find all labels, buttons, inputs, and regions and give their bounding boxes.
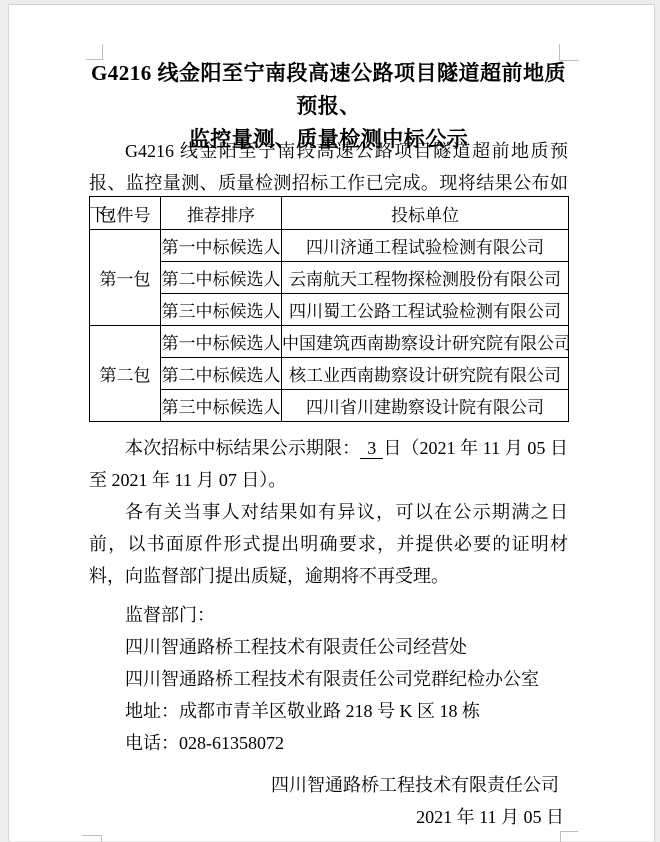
rank-cell: 第二中标候选人 — [161, 358, 282, 390]
supervision-section: 监督部门： 四川智通路桥工程技术有限责任公司经营处 四川智通路桥工程技术有限责任… — [89, 599, 568, 759]
rank-cell: 第一中标候选人 — [161, 326, 282, 358]
period-prefix: 本次招标中标结果公示期限： — [125, 438, 360, 458]
bidder-cell: 核工业西南勘察设计研究院有限公司 — [282, 358, 569, 390]
table-row: 第一包 第一中标候选人 四川济通工程试验检测有限公司 — [90, 230, 569, 262]
table-row: 第二中标候选人 核工业西南勘察设计研究院有限公司 — [90, 358, 569, 390]
bidder-cell: 四川省川建勘察设计院有限公司 — [282, 390, 569, 422]
rank-cell: 第三中标候选人 — [161, 390, 282, 422]
supervision-address: 地址：成都市青羊区敬业路 218 号 K 区 18 栋 — [89, 695, 568, 727]
supervision-label: 监督部门： — [89, 599, 568, 631]
document-page: G4216 线金阳至宁南段高速公路项目隧道超前地质预报、 监控量测、质量检测中标… — [8, 4, 655, 841]
objection-paragraph: 各有关当事人对结果如有异议，可以在公示期满之日前，以书面原件形式提出明确要求，并… — [89, 496, 568, 592]
package-2-cell: 第二包 — [90, 326, 161, 422]
period-days-underlined: 3 — [360, 438, 383, 459]
bidder-cell: 四川济通工程试验检测有限公司 — [282, 230, 569, 262]
table-row: 第二中标候选人 云南航天工程物探检测股份有限公司 — [90, 262, 569, 294]
document-content: G4216 线金阳至宁南段高速公路项目隧道超前地质预报、 监控量测、质量检测中标… — [89, 5, 568, 841]
bidder-cell: 四川蜀工公路工程试验检测有限公司 — [282, 294, 569, 326]
rank-cell: 第三中标候选人 — [161, 294, 282, 326]
supervision-dept-1: 四川智通路桥工程技术有限责任公司经营处 — [89, 631, 568, 663]
table-row: 第三中标候选人 四川省川建勘察设计院有限公司 — [90, 390, 569, 422]
header-rank: 推荐排序 — [161, 197, 282, 230]
package-1-cell: 第一包 — [90, 230, 161, 326]
publicity-period-paragraph: 本次招标中标结果公示期限：3日（2021 年 11 月 05 日至 2021 年… — [89, 432, 568, 496]
table-header-row: 包件号 推荐排序 投标单位 — [90, 197, 569, 230]
header-bidder: 投标单位 — [282, 197, 569, 230]
rank-cell: 第二中标候选人 — [161, 262, 282, 294]
supervision-dept-2: 四川智通路桥工程技术有限责任公司党群纪检办公室 — [89, 663, 568, 695]
header-package: 包件号 — [90, 197, 161, 230]
bidder-cell: 云南航天工程物探检测股份有限公司 — [282, 262, 569, 294]
bid-result-table: 包件号 推荐排序 投标单位 第一包 第一中标候选人 四川济通工程试验检测有限公司… — [89, 196, 569, 422]
table-row: 第二包 第一中标候选人 中国建筑西南勘察设计研究院有限公司 — [90, 326, 569, 358]
signature-date: 2021 年 11 月 05 日 — [89, 801, 568, 833]
supervision-phone: 电话：028-61358072 — [89, 727, 568, 759]
document-title-line1: G4216 线金阳至宁南段高速公路项目隧道超前地质预报、 — [89, 57, 568, 123]
bidder-cell: 中国建筑西南勘察设计研究院有限公司 — [282, 326, 569, 358]
table-row: 第三中标候选人 四川蜀工公路工程试验检测有限公司 — [90, 294, 569, 326]
rank-cell: 第一中标候选人 — [161, 230, 282, 262]
signature-company: 四川智通路桥工程技术有限责任公司 — [89, 769, 568, 801]
